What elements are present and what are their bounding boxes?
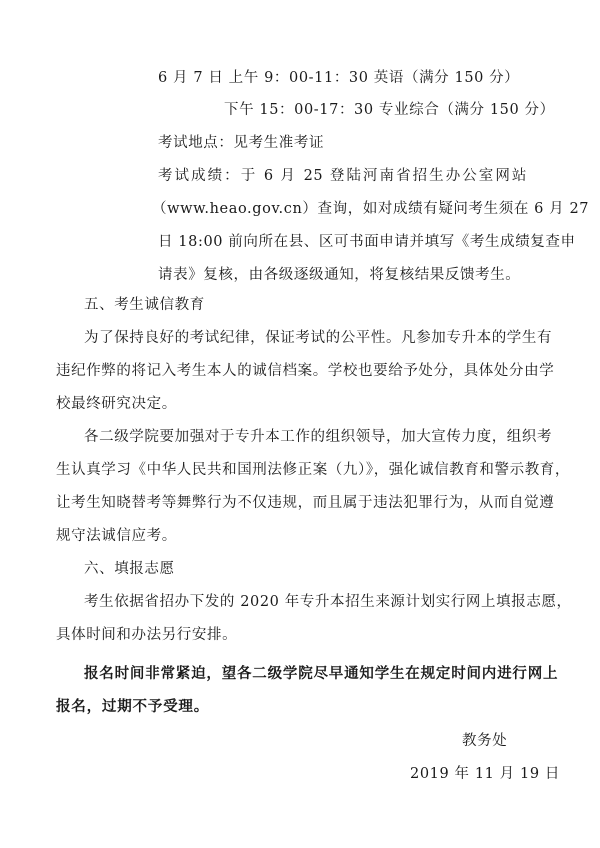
scores-line-3: 日 18:00 前向所在县、区可书面申请并填写《考生成绩复查申: [158, 232, 576, 252]
section-5-paragraph-2-line-1: 各二级学院要加强对于专升本工作的组织领导，加大宣传力度，组织考: [84, 427, 552, 447]
notice-line-2: 报名，过期不予受理。: [56, 697, 209, 717]
signature-issuer: 教务处: [462, 731, 507, 751]
section-5-paragraph-1-line-1: 为了保持良好的考试纪律，保证考试的公平性。凡参加专升本的学生有: [84, 328, 552, 348]
section-5-paragraph-2-line-2: 生认真学习《中华人民共和国刑法修正案（九）》，强化诚信教育和警示教育，: [56, 460, 570, 480]
section-6-heading: 六、填报志愿: [84, 559, 175, 579]
scores-line-4: 请表》复核，由各级逐级通知，将复核结果反馈考生。: [158, 265, 520, 285]
section-5-paragraph-2-line-3: 让考生知晓替考等舞弊行为不仅违规，而且属于违法犯罪行为，从而自觉遵: [56, 493, 554, 513]
section-5-paragraph-1-line-3: 校最终研究决定。: [56, 394, 177, 414]
schedule-row-morning: 6 月 7 日 上午 9：00-11：30 英语（满分 150 分）: [158, 68, 519, 88]
section-5-paragraph-2-line-4: 规守法诚信应考。: [56, 526, 177, 546]
exam-location: 考试地点：见考生准考证: [158, 133, 324, 153]
section-6-paragraph-line-1: 考生依据省招办下发的 2020 年专升本招生来源计划实行网上填报志愿，: [84, 592, 572, 612]
document-page: 6 月 7 日 上午 9：00-11：30 英语（满分 150 分） 下午 15…: [0, 0, 600, 848]
scores-line-1: 考试成绩：于 6 月 25 登陆河南省招生办公室网站: [158, 166, 527, 186]
section-5-paragraph-1-line-2: 违纪作弊的将记入考生本人的诚信档案。学校也要给予处分，具体处分由学: [56, 361, 554, 381]
schedule-row-afternoon: 下午 15：00-17：30 专业综合（满分 150 分）: [224, 100, 555, 120]
section-6-paragraph-line-2: 具体时间和办法另行安排。: [56, 625, 237, 645]
scores-line-2: （www.heao.gov.cn）查询，如对成绩有疑问考生须在 6 月 27: [152, 199, 589, 219]
signature-date: 2019 年 11 月 19 日: [410, 764, 560, 784]
notice-line-1: 报名时间非常紧迫，望各二级学院尽早通知学生在规定时间内进行网上: [84, 664, 558, 684]
section-5-heading: 五、考生诚信教育: [84, 295, 205, 315]
